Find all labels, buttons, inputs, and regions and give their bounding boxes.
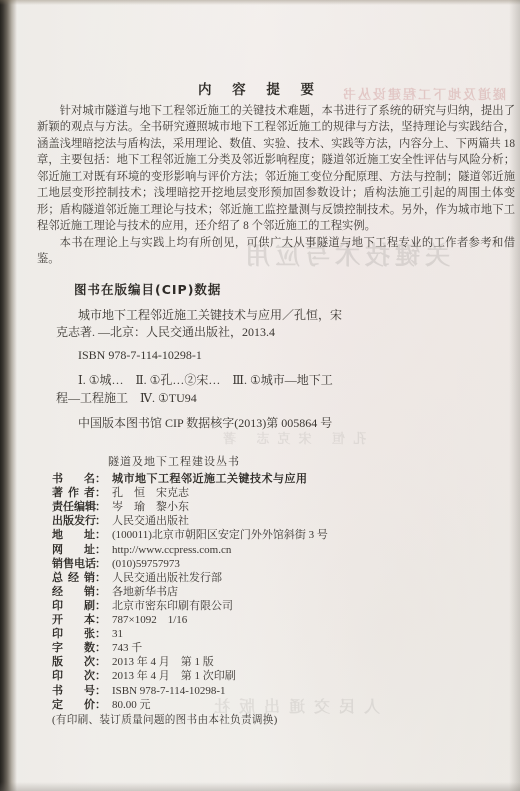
colophon-row: 开本：787×1092 1/16 [52, 613, 502, 627]
summary-paragraph-2: 本书在理论上与实践上均有所创见，可供广大从事隧道与地下工程专业的工作者参考和借鉴… [37, 235, 515, 268]
colophon-row-colon: ： [95, 613, 106, 626]
colophon-row-colon: ： [95, 641, 106, 654]
colophon-row: 出版发行：人民交通出版社 [52, 514, 502, 528]
colophon-row: 印次：2013 年 4 月 第 1 次印刷 [52, 669, 502, 683]
colophon-row-colon: ： [95, 486, 106, 499]
colophon-row-label: 字数 [52, 641, 95, 655]
colophon-row: 责任编辑：岑 瑜 黎小东 [52, 500, 502, 514]
colophon-row-colon: ： [95, 669, 106, 682]
colophon-row: 销售电话：(010)59757973 [52, 557, 502, 571]
colophon-row: 书名：城市地下工程邻近施工关键技术与应用 [52, 472, 502, 486]
colophon-row-colon: ： [95, 627, 106, 640]
colophon-row: 印刷：北京市密东印刷有限公司 [52, 599, 502, 613]
colophon-row-colon: ： [95, 514, 106, 527]
quality-note: (有印刷、装订质量问题的图书由本社负责调换) [52, 714, 502, 728]
colophon-row: 网址：http://www.ccpress.com.cn [52, 543, 502, 557]
cip-classification-line-2: 程—工程施工 Ⅳ. ①TU94 [56, 390, 466, 408]
colophon-row: 字数：743 千 [52, 641, 502, 655]
colophon-row-label: 地址 [52, 528, 95, 542]
colophon-row: 定价：80.00 元 [52, 698, 502, 712]
colophon-row-value: (010)59757973 [112, 558, 180, 570]
colophon-block: 隧道及地下工程建设丛书 书名：城市地下工程邻近施工关键技术与应用 著作者：孔 恒… [52, 455, 502, 728]
cip-title-line: 城市地下工程邻近施工关键技术与应用／孔恒，宋 [56, 307, 466, 325]
colophon-row-label: 开本 [52, 613, 95, 627]
colophon-row-value: 80.00 元 [112, 699, 151, 711]
colophon-row-value: 人民交通出版社 [112, 515, 189, 527]
scan-edge-bottom [0, 782, 520, 791]
colophon-row-colon: ： [95, 599, 106, 612]
colophon-row-label: 印次 [52, 669, 95, 683]
cip-isbn-line: ISBN 978-7-114-10298-1 [56, 347, 466, 365]
colophon-row: 总经销：人民交通出版社发行部 [52, 571, 502, 585]
colophon-row: 经销：各地新华书店 [52, 585, 502, 599]
colophon-row-colon: ： [95, 698, 106, 711]
content-summary-heading: 内 容 提 要 [0, 78, 520, 98]
colophon-row-label: 责任编辑 [52, 500, 95, 514]
colophon-row-value: 743 千 [112, 642, 142, 654]
colophon-row-colon: ： [95, 543, 106, 556]
colophon-row-colon: ： [95, 557, 106, 570]
colophon-row-label: 总经销 [52, 571, 95, 585]
colophon-row-colon: ： [95, 655, 106, 668]
colophon-row-colon: ： [95, 585, 106, 598]
colophon-row-value: 2013 年 4 月 第 1 次印刷 [112, 670, 236, 682]
colophon-row-value: 北京市密东印刷有限公司 [112, 600, 233, 612]
cip-data-block: 图书在版编目(CIP)数据 城市地下工程邻近施工关键技术与应用／孔恒，宋 克志著… [56, 281, 466, 433]
colophon-row-colon: ： [95, 571, 106, 584]
scan-edge-top [0, 0, 520, 5]
colophon-row-value: 2013 年 4 月 第 1 版 [112, 656, 214, 668]
colophon-row: 版次：2013 年 4 月 第 1 版 [52, 655, 502, 669]
colophon-row: 印张：31 [52, 627, 502, 641]
cip-classification-line-1: Ⅰ. ①城… Ⅱ. ①孔…②宋… Ⅲ. ①城市—地下工 [56, 372, 466, 390]
colophon-row-label: 书名 [52, 472, 95, 486]
colophon-rows: 书名：城市地下工程邻近施工关键技术与应用 著作者：孔 恒 宋克志 责任编辑：岑 … [52, 472, 502, 712]
cip-registration-line: 中国版本图书馆 CIP 数据核字(2013)第 005864 号 [56, 415, 466, 433]
colophon-row-value: 31 [112, 628, 123, 640]
colophon-row-value: 各地新华书店 [112, 586, 178, 598]
colophon-row-value: 人民交通出版社发行部 [112, 572, 222, 584]
colophon-row-label: 定价 [52, 698, 95, 712]
colophon-row: 地址：(100011)北京市朝阳区安定门外外馆斜街 3 号 [52, 528, 502, 542]
book-copyright-page: 隧道及地下工程建设丛书 关键技术与应用 孔恒 宋克志 著 人民交通出版社 内 容… [0, 0, 520, 791]
scan-gutter-shadow [0, 0, 17, 791]
colophon-row-label: 印刷 [52, 599, 95, 613]
colophon-row-value: 孔 恒 宋克志 [112, 487, 189, 499]
colophon-row-label: 书号 [52, 684, 95, 698]
content-summary-body: 针对城市隧道与地下工程邻近施工的关键技术难题，本书进行了系统的研究与归纳，提出了… [37, 103, 515, 268]
summary-paragraph-1: 针对城市隧道与地下工程邻近施工的关键技术难题，本书进行了系统的研究与归纳，提出了… [37, 103, 515, 235]
cip-heading: 图书在版编目(CIP)数据 [74, 281, 466, 299]
colophon-row-label: 著作者 [52, 486, 95, 500]
colophon-row-value: ISBN 978-7-114-10298-1 [112, 685, 226, 697]
colophon-row-value: 787×1092 1/16 [112, 614, 187, 626]
colophon-row: 著作者：孔 恒 宋克志 [52, 486, 502, 500]
colophon-row-label: 销售电话 [52, 557, 95, 571]
series-title: 隧道及地下工程建设丛书 [108, 455, 502, 469]
colophon-row-label: 经销 [52, 585, 95, 599]
colophon-row-colon: ： [95, 500, 106, 513]
colophon-row-value: 城市地下工程邻近施工关键技术与应用 [112, 472, 308, 485]
colophon-row-colon: ： [95, 684, 106, 697]
colophon-row-colon: ： [95, 472, 106, 485]
cip-publisher-line: 克志著. —北京：人民交通出版社，2013.4 [56, 324, 466, 342]
colophon-row-colon: ： [95, 528, 106, 541]
colophon-row-label: 出版发行 [52, 514, 95, 528]
colophon-row: 书号：ISBN 978-7-114-10298-1 [52, 684, 502, 698]
colophon-row-value: (100011)北京市朝阳区安定门外外馆斜街 3 号 [112, 529, 328, 541]
colophon-row-value: http://www.ccpress.com.cn [112, 544, 231, 556]
colophon-row-label: 网址 [52, 543, 95, 557]
colophon-row-label: 版次 [52, 655, 95, 669]
colophon-row-label: 印张 [52, 627, 95, 641]
colophon-row-value: 岑 瑜 黎小东 [112, 501, 189, 513]
